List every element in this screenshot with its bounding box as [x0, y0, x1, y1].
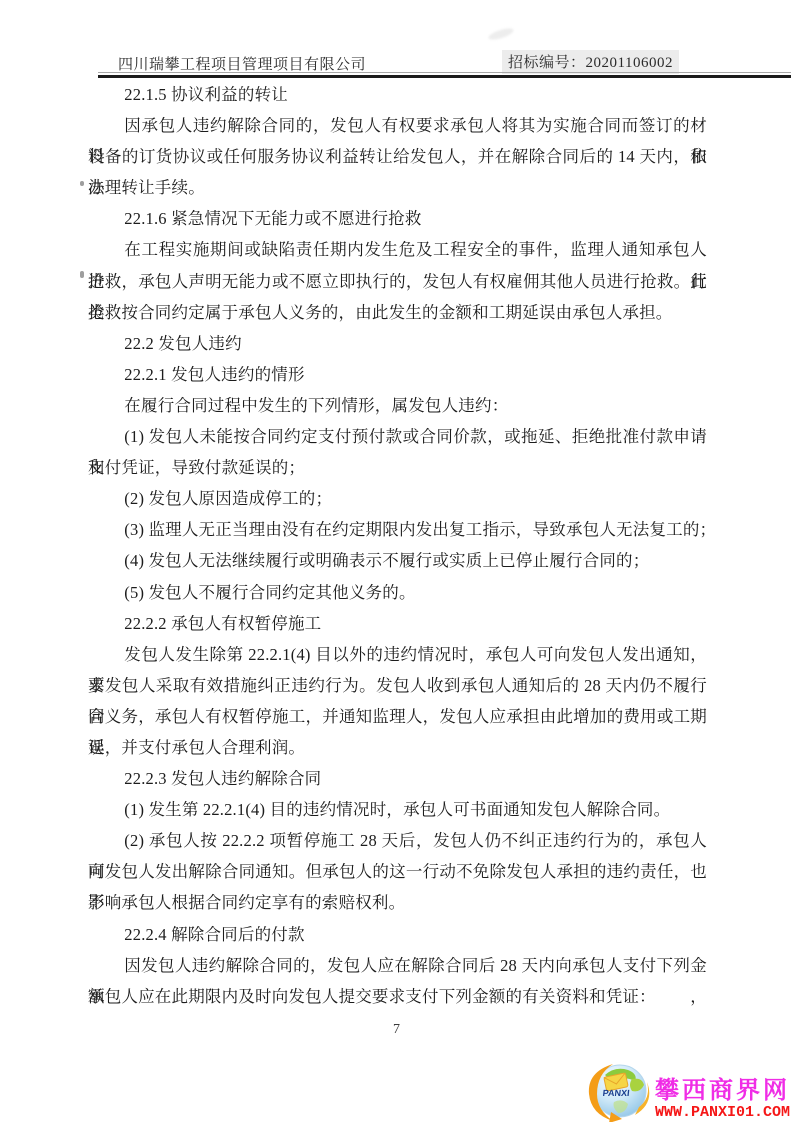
- text-line: 因发包人违约解除合同的，发包人应在解除合同后 28 天内向承包人支付下列金额，: [88, 950, 707, 981]
- scan-speck: [80, 271, 84, 278]
- text-line: 影响承包人根据合同约定享有的索赔权利。: [88, 887, 707, 918]
- watermark-site-url: WWW.PANXI01.COM: [655, 1104, 790, 1122]
- text-line: 求发包人采取有效措施纠正违约行为。发包人收到承包人通知后的 28 天内仍不履行合: [88, 670, 707, 701]
- header-rule-thin: [98, 72, 791, 73]
- header-rule-thick: [98, 75, 791, 78]
- document-lines: 22.1.5 协议利益的转让因承包人违约解除合同的，发包人有权要求承包人将其为实…: [88, 79, 707, 1012]
- document-page: 四川瑞攀工程项目管理项目有限公司 招标编号：20201106002 22.1.5…: [0, 0, 793, 1122]
- text-line: 22.2.1 发包人违约的情形: [88, 359, 707, 390]
- text-line: 22.2.2 承包人有权暂停施工: [88, 608, 707, 639]
- bid-number-value: 20201106002: [586, 55, 673, 71]
- text-line: 22.2 发包人违约: [88, 328, 707, 359]
- text-line: 向发包人发出解除合同通知。但承包人的这一行动不免除发包人承担的违约责任，也不: [88, 856, 707, 887]
- page-number: 7: [0, 1022, 793, 1038]
- text-line: 因承包人违约解除合同的，发包人有权要求承包人将其为实施合同而签订的材料和: [88, 110, 707, 141]
- text-line: (3) 监理人无正当理由没有在约定期限内发出复工指示，导致承包人无法复工的；: [88, 514, 707, 545]
- watermark-site-name: 攀西商界网: [655, 1078, 790, 1104]
- page-header: 四川瑞攀工程项目管理项目有限公司 招标编号：20201106002: [98, 52, 791, 74]
- watermark-text: 攀西商界网 WWW.PANXI01.COM: [655, 1078, 790, 1122]
- text-line: 22.1.5 协议利益的转让: [88, 79, 707, 110]
- text-line: (4) 发包人无法继续履行或明确表示不履行或实质上已停止履行合同的；: [88, 545, 707, 576]
- text-line: 在工程实施期间或缺陷责任期内发生危及工程安全的事件，监理人通知承包人进行: [88, 234, 707, 265]
- scan-smudge: [487, 26, 514, 42]
- logo-text: PANXI: [602, 1088, 630, 1098]
- text-line: 22.2.4 解除合同后的付款: [88, 919, 707, 950]
- bid-number-label: 招标编号：: [508, 55, 586, 71]
- text-line: 同义务，承包人有权暂停施工，并通知监理人，发包人应承担由此增加的费用或工期延: [88, 701, 707, 732]
- text-line: 发包人发生除第 22.2.1(4) 目以外的违约情况时，承包人可向发包人发出通知…: [88, 639, 707, 670]
- text-line: 22.2.3 发包人违约解除合同: [88, 763, 707, 794]
- globe-logo-icon: PANXI: [583, 1062, 653, 1122]
- text-line: 22.1.6 紧急情况下无能力或不愿进行抢救: [88, 203, 707, 234]
- text-line: 支付凭证，导致付款延误的；: [88, 452, 707, 483]
- text-line: (5) 发包人不履行合同约定其他义务的。: [88, 577, 707, 608]
- text-line: 抢救按合同约定属于承包人义务的，由此发生的金额和工期延误由承包人承担。: [88, 297, 707, 328]
- text-line: 误，并支付承包人合理利润。: [88, 732, 707, 763]
- text-line: 抢救，承包人声明无能力或不愿立即执行的，发包人有权雇佣其他人员进行抢救。此类: [88, 266, 707, 297]
- site-watermark: PANXI 攀西商界网 WWW.PANXI01.COM: [583, 1062, 790, 1122]
- text-line: 承包人应在此期限内及时向发包人提交要求支付下列金额的有关资料和凭证：: [88, 981, 707, 1012]
- text-line: 在履行合同过程中发生的下列情形，属发包人违约：: [88, 390, 707, 421]
- header-bid-number: 招标编号：20201106002: [502, 50, 679, 74]
- header-company-name: 四川瑞攀工程项目管理项目有限公司: [98, 53, 366, 74]
- text-line: (2) 发包人原因造成停工的；: [88, 483, 707, 514]
- text-line: (2) 承包人按 22.2.2 项暂停施工 28 天后，发包人仍不纠正违约行为的…: [88, 825, 707, 856]
- text-line: (1) 发生第 22.2.1(4) 目的违约情况时，承包人可书面通知发包人解除合…: [88, 794, 707, 825]
- text-line: 设备的订货协议或任何服务协议利益转让给发包人，并在解除合同后的 14 天内，依法: [88, 141, 707, 172]
- text-line: (1) 发包人未能按合同约定支付预付款或合同价款，或拖延、拒绝批准付款申请和: [88, 421, 707, 452]
- scan-speck: [80, 181, 84, 186]
- text-line: 办理转让手续。: [88, 172, 707, 203]
